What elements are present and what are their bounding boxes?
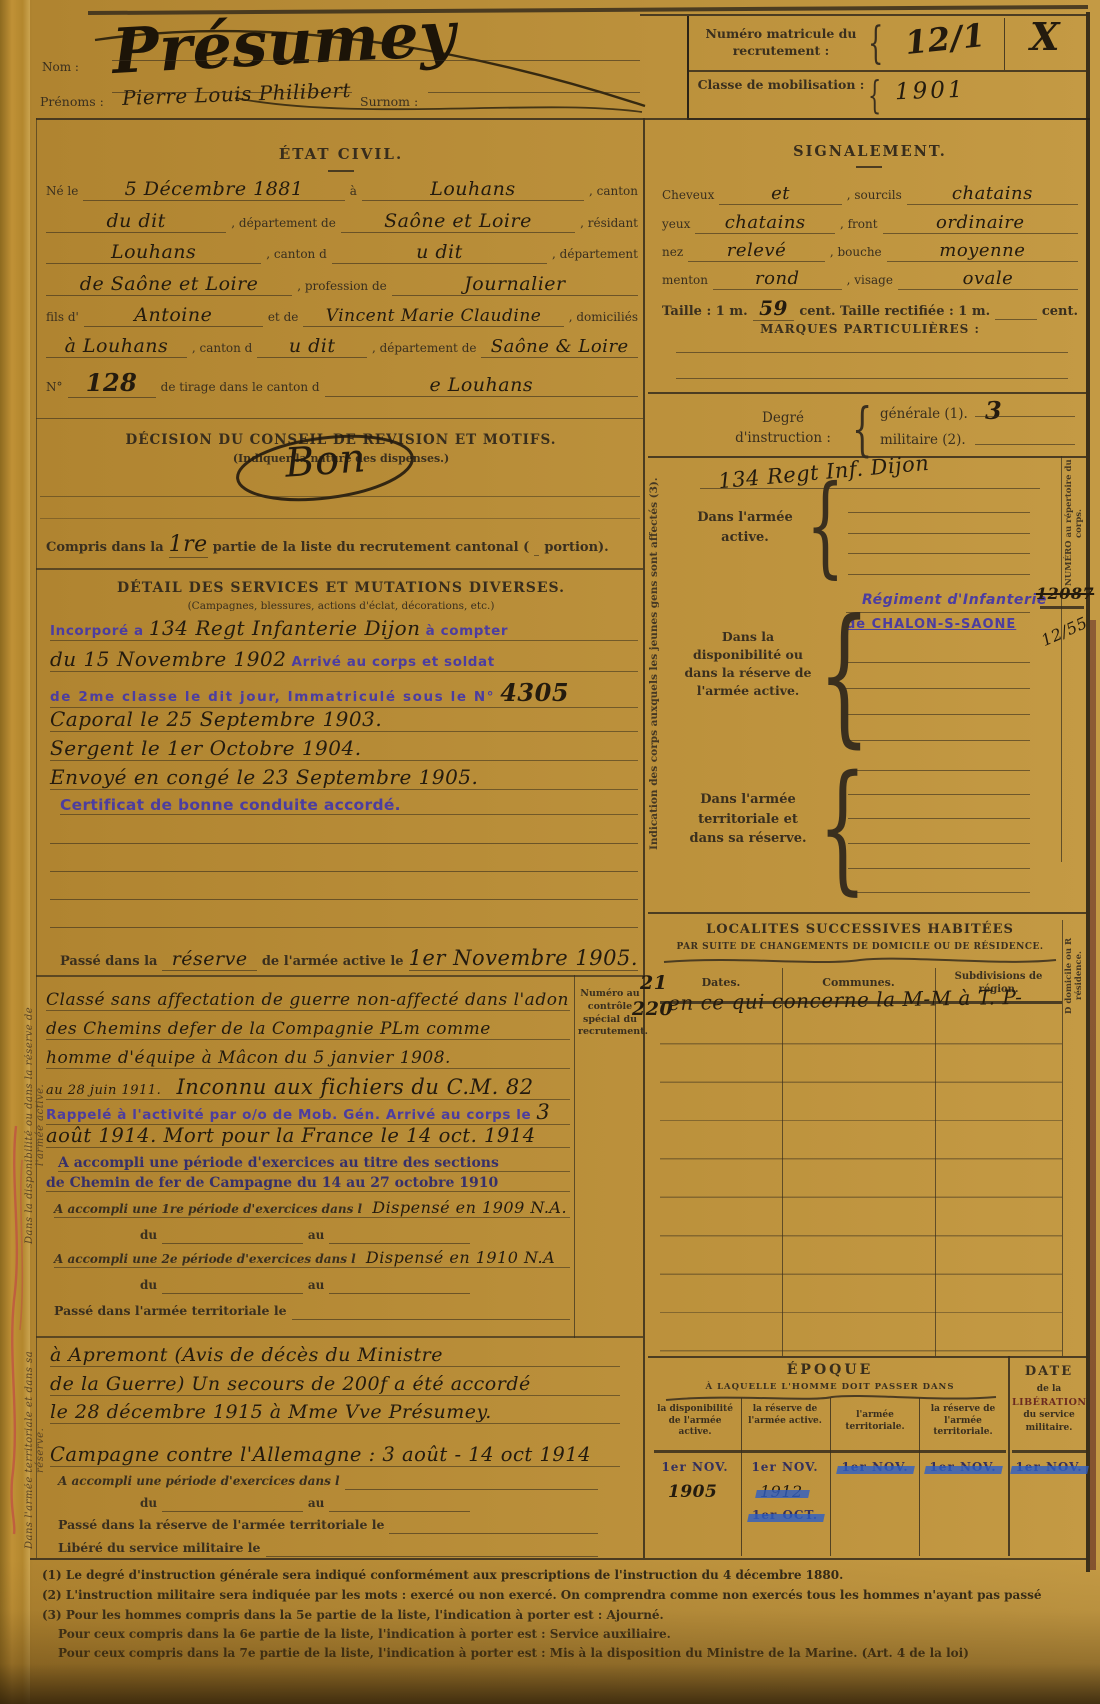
footnote-3: (3) Pour les hommes compris dans la 5e p…	[42, 1608, 1072, 1622]
epoque-v2c: 1er OCT.	[742, 1508, 828, 1522]
epoque-header-rule	[654, 1450, 1006, 1453]
menton-row: menton rond , visage ovale	[662, 268, 1078, 290]
marques-label: MARQUES PARTICULIÈRES :	[660, 322, 1080, 336]
terr-line-2	[848, 794, 1030, 795]
front-value: ordinaire	[883, 212, 1078, 234]
instruction-top-rule	[648, 392, 1086, 394]
corps-side-label: Indication des corps auxquels les jeunes…	[648, 462, 660, 866]
epoque-v2a: 1er NOV.	[742, 1460, 828, 1474]
matricule-brace: {	[868, 22, 883, 66]
epoque-date-sub-4: militaire.	[1012, 1423, 1086, 1433]
decision-value: Bon	[283, 435, 367, 487]
au-label-3: au	[308, 1496, 325, 1510]
compris-partie: 1re	[169, 532, 208, 558]
homme-equipe: homme d'équipe à Mâcon du 5 janvier 1908…	[46, 1048, 451, 1068]
birth-place: Louhans	[362, 178, 584, 201]
instruction-generale-line	[975, 416, 1075, 417]
etat-civil-dash	[328, 170, 354, 172]
epoque-top-rule	[648, 1356, 1088, 1358]
epoque-date-title: DATE	[1012, 1364, 1086, 1379]
localites-squiggle	[658, 954, 1062, 968]
territoriale-label: Dans l'armée territoriale et dans sa rés…	[686, 790, 810, 849]
active-hw-line	[700, 488, 1040, 489]
compris-portion-blank	[534, 536, 539, 556]
inconnu-fichiers: Inconnu aux fichiers du C.M. 82	[176, 1075, 533, 1099]
bouche-label: , bouche	[830, 245, 882, 259]
deces-line-2: de la Guerre) Un secours de 200f a été a…	[50, 1373, 620, 1396]
terr-line-3	[848, 818, 1030, 819]
sergent-line: Sergent le 1er Octobre 1904.	[50, 736, 362, 760]
du-blank-2	[162, 1274, 303, 1294]
passe-reserve-date: 1er Novembre 1905.	[409, 946, 638, 971]
incorpore-stamp: Incorporé a	[50, 623, 144, 639]
campagne-row: Campagne contre l'Allemagne : 3 août - 1…	[50, 1443, 620, 1467]
footnote-2: (2) L'instruction militaire sera indiqué…	[42, 1588, 1082, 1602]
instruction-militaire-line	[975, 444, 1075, 445]
passe-label: Passé dans la	[60, 954, 157, 969]
epoque-date-divider	[1008, 1356, 1010, 1556]
yeux-value: chatains	[695, 212, 835, 234]
active-brace: {	[806, 470, 845, 580]
decision-line-1	[40, 496, 640, 497]
instruction-label-line2: d'instruction :	[735, 430, 831, 446]
periode-1-row: A accompli une 1re période d'exercices d…	[54, 1198, 570, 1218]
classe-sans-affectation: Classé sans affectation de guerre non-af…	[46, 990, 569, 1010]
compris-label: Compris dans la	[46, 540, 164, 555]
tirage-canton: e Louhans	[325, 374, 638, 397]
dispo-line-3	[846, 688, 1030, 689]
au-blank-3	[329, 1492, 470, 1512]
armee-active-label: de l'armée active le	[262, 954, 404, 969]
et-de-label: et de	[268, 310, 299, 324]
terr-line-4	[848, 843, 1030, 844]
localites-row-lines	[660, 1006, 1062, 1356]
active-line-1	[848, 512, 1030, 513]
classe-label: Classe de mobilisation :	[697, 77, 865, 94]
visage-value: ovale	[898, 268, 1078, 290]
compris-label-2: partie de la liste du recrutement canton…	[213, 540, 530, 555]
epoque-title: ÉPOQUE	[652, 1362, 1008, 1378]
yeux-row: yeux chatains , front ordinaire	[662, 212, 1078, 234]
chemins-de-fer: des Chemins defer de la Compagnie PLm co…	[46, 1019, 491, 1039]
service-line-7: Certificat de bonne conduite accordé.	[60, 795, 638, 815]
a-compter-stamp: à compter	[426, 623, 509, 639]
birth-row: Né le 5 Décembre 1881 à Louhans , canton	[46, 178, 638, 201]
parents-canton-value: u dit	[257, 335, 367, 358]
parents-commune: à Louhans	[46, 335, 187, 358]
father-name: Antoine	[84, 304, 263, 327]
localites-side-line	[1062, 920, 1063, 1356]
periode-3-blank	[345, 1470, 598, 1490]
instruction-label-line1: Degré	[762, 410, 804, 426]
visage-label: , visage	[847, 273, 893, 287]
numero-label: N°	[46, 380, 63, 394]
fils-de-label: fils d'	[46, 310, 79, 324]
epoque-date-header-rule	[1012, 1450, 1086, 1453]
passe-territoriale-label: Passé dans l'armée territoriale le	[54, 1303, 287, 1318]
periode-2-row: A accompli une 2e période d'exercices da…	[54, 1248, 570, 1268]
taille-value: 59	[753, 296, 795, 321]
canton-label: , canton	[589, 184, 638, 198]
profession-value: Journalier	[392, 273, 638, 296]
parents-canton-label: , canton d	[192, 341, 253, 355]
page-right-margin	[1090, 620, 1096, 1570]
service-blank-1	[50, 843, 638, 844]
dispo-stamp-1: Régiment d'Infanterie	[862, 592, 1047, 608]
au-28-juin: au 28 juin 1911.	[46, 1083, 161, 1098]
birth-date: 5 Décembre 1881	[83, 178, 344, 201]
prenoms-label: Prénoms :	[40, 94, 104, 109]
dispo-brace: {	[818, 600, 870, 750]
periode-2-value: Dispensé en 1910 N.A	[366, 1248, 555, 1267]
passe-reserve-territoriale-row: Passé dans la réserve de l'armée territo…	[58, 1514, 598, 1534]
localites-title: LOCALITES SUCCESSIVES HABITÉES	[658, 922, 1062, 937]
apremont-line: à Apremont (Avis de décès du Ministre	[50, 1344, 443, 1366]
service-line-6: Envoyé en congé le 23 Septembre 1905.	[50, 765, 638, 790]
tirage-label: de tirage dans le canton d	[161, 380, 320, 394]
periode-3-label: A accompli une période d'exercices dans …	[58, 1474, 340, 1488]
service-blank-2	[50, 871, 638, 872]
libere-row: Libéré du service militaire le	[58, 1537, 598, 1557]
instruction-brace: {	[852, 400, 872, 458]
terr-line-6	[848, 892, 1030, 893]
dispo-label: Dans la disponibilité ou dans la réserve…	[682, 628, 814, 701]
periode-1-dates: du au	[140, 1224, 470, 1244]
ne-le-label: Né le	[46, 184, 78, 198]
au-blank-1	[329, 1224, 470, 1244]
epoque-date-sub-1: de la	[1012, 1384, 1086, 1394]
sourcils-value: chatains	[907, 183, 1078, 205]
caporal-line: Caporal le 25 Septembre 1903.	[50, 707, 382, 731]
epoque-col-3: l'armée territoriale.	[832, 1410, 918, 1433]
mid-line-4: au 28 juin 1911. Inconnu aux fichiers du…	[46, 1075, 570, 1100]
passe-reserve-row: Passé dans la réserve de l'armée active …	[60, 946, 638, 971]
nez-value: relevé	[688, 240, 825, 262]
mid-line-1: Classé sans affectation de guerre non-af…	[46, 990, 570, 1011]
periode-2-dates: du au	[140, 1274, 470, 1294]
passe-reserve-value: réserve	[162, 948, 256, 971]
service-blank-4	[50, 927, 638, 928]
tirage-row: N° 128 de tirage dans le canton d e Louh…	[46, 368, 638, 398]
service-line-3: de 2me classe le dit jour, Immatriculé s…	[50, 678, 638, 708]
active-line-2	[848, 533, 1030, 534]
service-line-4: Caporal le 25 Septembre 1903.	[50, 707, 638, 732]
instruction-militaire-label: militaire (2).	[880, 432, 966, 448]
tirage-number: 128	[68, 368, 156, 398]
left-inner-border	[36, 118, 37, 1558]
classe-brace: {	[868, 76, 881, 114]
parents-residence-row: à Louhans , canton d u dit , département…	[46, 335, 638, 358]
periode-2-label: A accompli une 2e période d'exercices da…	[54, 1252, 356, 1266]
campagne-1910-stamp: de Chemin de fer de Campagne du 14 au 27…	[46, 1175, 498, 1191]
signalement-dash	[856, 166, 882, 168]
epoque-date-sub-3: du service	[1012, 1410, 1086, 1420]
terr-line-1	[848, 770, 1030, 771]
mother-name: Vincent Marie Claudine	[303, 306, 563, 327]
localites-col-line-2	[935, 968, 936, 1356]
epoque-date-value: 1er NOV.	[1010, 1460, 1088, 1474]
dispo-line-4	[846, 714, 1030, 715]
marques-line-2	[676, 378, 1068, 379]
du-label-3: du	[140, 1496, 157, 1510]
cheveux-label: Cheveux	[662, 188, 714, 202]
mid-line-5: Rappelé à l'activité par o/o de Mob. Gén…	[46, 1100, 570, 1125]
controle-value-1: 21	[640, 972, 667, 994]
epoque-vline-1	[741, 1398, 742, 1556]
active-line-4	[848, 574, 1030, 575]
canton-value: du dit	[46, 210, 226, 233]
taille-rectifiee-label: cent. Taille rectifiée : 1 m.	[799, 304, 990, 319]
nez-label: nez	[662, 245, 683, 259]
domicilies-label: , domiciliés	[569, 310, 638, 324]
incorpore-date: du 15 Novembre 1902	[50, 647, 286, 671]
taille-row: Taille : 1 m. 59 cent. Taille rectifiée …	[662, 296, 1078, 321]
terr-line-5	[848, 868, 1030, 869]
matricule-mark: X	[1030, 14, 1060, 59]
passe-territoriale-row: Passé dans l'armée territoriale le	[54, 1300, 570, 1320]
localites-col-line-1	[782, 968, 783, 1356]
signalement-title: SIGNALEMENT.	[660, 143, 1080, 160]
services-subtitle: (Campagnes, blessures, actions d'éclat, …	[46, 600, 636, 612]
menton-value: rond	[713, 268, 842, 290]
services-title: DÉTAIL DES SERVICES ET MUTATIONS DIVERSE…	[46, 580, 636, 596]
epoque-v1b: 1905	[668, 1482, 754, 1502]
nom-line	[112, 60, 640, 61]
sourcils-label: , sourcils	[847, 188, 902, 202]
nom-label: Nom :	[42, 60, 79, 74]
mid-line-7: A accompli une période d'exercices au ti…	[58, 1152, 570, 1172]
epoque-col-1: la disponibilité de l'armée active.	[652, 1404, 738, 1439]
matricule-label: Numéro matricule du recrutement :	[697, 26, 865, 60]
epoque-brace-line	[662, 1392, 1002, 1404]
parents-dept-label: , département de	[372, 341, 477, 355]
localites-subtitle: PAR SUITE DE CHANGEMENTS DE DOMICILE OU …	[658, 942, 1062, 952]
etat-civil-title: ÉTAT CIVIL.	[46, 145, 636, 163]
footnote-1: (1) Le degré d'instruction générale sera…	[42, 1568, 1072, 1582]
passe-reserve-territoriale-label: Passé dans la réserve de l'armée territo…	[58, 1517, 384, 1532]
numero-repertoire-label: NUMÉRO au répertoire du corps.	[1064, 448, 1084, 598]
footer-top-rule	[30, 1558, 1088, 1560]
mort-pour-la-france: août 1914. Mort pour la France le 14 oct…	[46, 1124, 536, 1147]
dispo-number-old: 12087	[1036, 584, 1094, 603]
campagne-allemagne: Campagne contre l'Allemagne : 3 août - 1…	[50, 1443, 591, 1466]
departement-value: Saône et Loire	[341, 210, 575, 233]
residence-canton-value: u dit	[332, 241, 547, 264]
compris-portion-label: portion).	[544, 540, 608, 555]
arrive-corps-stamp: Arrivé au corps et soldat	[292, 654, 495, 670]
controle-col-line	[574, 975, 575, 1338]
center-divider	[643, 118, 645, 1558]
mid-section-rule	[36, 975, 643, 977]
du-label-1: du	[140, 1228, 157, 1242]
mid-line-6: août 1914. Mort pour la France le 14 oct…	[46, 1124, 570, 1148]
rappele-stamp: Rappelé à l'activité par o/o de Mob. Gén…	[46, 1107, 531, 1123]
bouche-value: moyenne	[887, 240, 1078, 262]
certificat-stamp: Certificat de bonne conduite accordé.	[60, 796, 401, 814]
epoque-col-2: la réserve de l'armée active.	[742, 1404, 828, 1427]
service-line-5: Sergent le 1er Octobre 1904.	[50, 736, 638, 761]
deces-line-3: le 28 décembre 1915 à Mme Vve Présumey.	[50, 1401, 620, 1424]
residence-row: Louhans , canton d u dit , département	[46, 241, 638, 264]
dispo-line-1	[846, 612, 1030, 613]
taille-rectifiee-blank	[995, 300, 1037, 320]
front-label: , front	[840, 217, 878, 231]
scanned-military-record: { "header": { "nom_label": "Nom :", "nom…	[0, 0, 1100, 1704]
immatricule-stamp: de 2me classe le dit jour, Immatriculé s…	[50, 689, 495, 705]
deces-line-1: à Apremont (Avis de décès du Ministre	[50, 1344, 620, 1367]
residence-canton-label: , canton d	[266, 247, 327, 261]
footnote-5: Pour ceux compris dans la 7e partie de l…	[58, 1646, 1088, 1660]
a-label: à	[350, 184, 357, 198]
classe-value: 1901	[895, 77, 966, 105]
compris-row: Compris dans la 1re partie de la liste d…	[46, 532, 606, 558]
yeux-label: yeux	[662, 217, 690, 231]
epoque-vline-2	[830, 1398, 831, 1556]
parents-dept-value: Saône & Loire	[481, 336, 638, 358]
epoque-col-4: la réserve de l'armée territoriale.	[920, 1404, 1006, 1439]
bottom-left-rule	[36, 1336, 643, 1338]
epoque-v2b: 1912	[760, 1482, 846, 1501]
mid-line-3: homme d'équipe à Mâcon du 5 janvier 1908…	[46, 1048, 570, 1069]
instruction-label: Degré d'instruction :	[718, 408, 848, 449]
du-blank-3	[162, 1492, 303, 1512]
service-blank-3	[50, 899, 638, 900]
veuve-line: le 28 décembre 1915 à Mme Vve Présumey.	[50, 1401, 492, 1423]
active-line-3	[848, 553, 1030, 554]
residence-dept-label: , département	[552, 247, 638, 261]
mid-line-2: des Chemins defer de la Compagnie PLm co…	[46, 1019, 570, 1040]
controle-value-2: 220	[632, 998, 673, 1020]
residence-value: Louhans	[46, 241, 261, 264]
service-line-2: du 15 Novembre 1902 Arrivé au corps et s…	[50, 647, 638, 672]
libere-blank	[266, 1537, 599, 1557]
epoque-subtitle: À LAQUELLE L'HOMME DOIT PASSER DANS	[652, 1382, 1008, 1392]
periode-1-value: Dispensé en 1909 N.A.	[372, 1198, 567, 1217]
surnom-label: Surnom :	[360, 94, 418, 109]
instruction-generale-label: générale (1).	[880, 406, 968, 422]
incorpore-regiment: 134 Regt Infanterie Dijon	[149, 616, 421, 640]
marques-line-1	[676, 352, 1068, 353]
cheveux-value: et	[719, 183, 841, 205]
secours-line: de la Guerre) Un secours de 200f a été a…	[50, 1373, 531, 1395]
au-blank-2	[329, 1274, 470, 1294]
conge-line: Envoyé en congé le 23 Septembre 1905.	[50, 765, 478, 789]
territoriale-brace: {	[818, 758, 867, 898]
mid-line-8: de Chemin de fer de Campagne du 14 au 27…	[46, 1172, 570, 1192]
footnote-4: Pour ceux compris dans la 6e partie de l…	[58, 1627, 1088, 1641]
passe-territoriale-blank	[292, 1300, 570, 1320]
parents-row: fils d' Antoine et de Vincent Marie Clau…	[46, 304, 638, 327]
header-bottom-rule	[36, 118, 1086, 120]
residant-label: , résidant	[580, 216, 638, 230]
decision-line-2	[40, 518, 640, 519]
matricule-cell-divider	[1004, 18, 1005, 70]
matricule-row-divider	[689, 70, 1086, 72]
departement-label: , département de	[231, 216, 336, 230]
au-label-2: au	[308, 1278, 325, 1292]
dispo-stamp-2: de CHALON-S-SAONE	[846, 617, 1016, 632]
periode-1-label: A accompli une 1re période d'exercices d…	[54, 1202, 362, 1216]
menton-label: menton	[662, 273, 708, 287]
epoque-v4: 1er NOV.	[920, 1460, 1006, 1474]
canton-row: du dit , département de Saône et Loire ,…	[46, 210, 638, 233]
services-top-rule	[36, 568, 643, 570]
profession-row: de Saône et Loire , profession de Journa…	[46, 273, 638, 296]
passe-reserve-territoriale-blank	[389, 1514, 598, 1534]
taille-cent-label: cent.	[1042, 304, 1078, 319]
rappele-jour: 3	[536, 1100, 550, 1124]
dispo-line-2	[846, 662, 1030, 663]
service-line-1: Incorporé a 134 Regt Infanterie Dijon à …	[50, 616, 638, 641]
periode-3-row: A accompli une période d'exercices dans …	[58, 1470, 598, 1490]
libere-label: Libéré du service militaire le	[58, 1540, 261, 1555]
margin-red-scribble	[2, 1120, 28, 1540]
nez-row: nez relevé , bouche moyenne	[662, 240, 1078, 262]
au-label-1: au	[308, 1228, 325, 1242]
localites-col-dates: Dates.	[660, 976, 782, 989]
epoque-date-sub-2: LIBÉRATION	[1012, 1397, 1086, 1408]
du-blank-1	[162, 1224, 303, 1244]
numero-col-line	[1061, 456, 1062, 862]
decision-top-rule	[36, 418, 643, 419]
periode-sections-stamp: A accompli une période d'exercices au ti…	[58, 1155, 499, 1171]
du-label-2: du	[140, 1278, 157, 1292]
epoque-vline-3	[919, 1398, 920, 1556]
prenoms-line	[112, 92, 352, 93]
instruction-generale-value: 3	[985, 396, 1002, 425]
taille-label: Taille : 1 m.	[662, 304, 748, 319]
residence-dept-value: de Saône et Loire	[46, 273, 292, 296]
epoque-v1a: 1er NOV.	[652, 1460, 738, 1474]
active-label: Dans l'armée active.	[686, 508, 804, 547]
profession-label: , profession de	[297, 279, 387, 293]
localites-side-label: D domicile ou R résidence.	[1065, 928, 1083, 1024]
periode-3-dates: du au	[140, 1492, 470, 1512]
cheveux-row: Cheveux et , sourcils chatains	[662, 183, 1078, 205]
epoque-v3: 1er NOV.	[832, 1460, 918, 1474]
corps-bottom-rule	[648, 912, 1086, 914]
surnom-line	[428, 92, 640, 93]
dispo-line-5	[846, 740, 1030, 741]
immatricule-number: 4305	[500, 678, 569, 707]
